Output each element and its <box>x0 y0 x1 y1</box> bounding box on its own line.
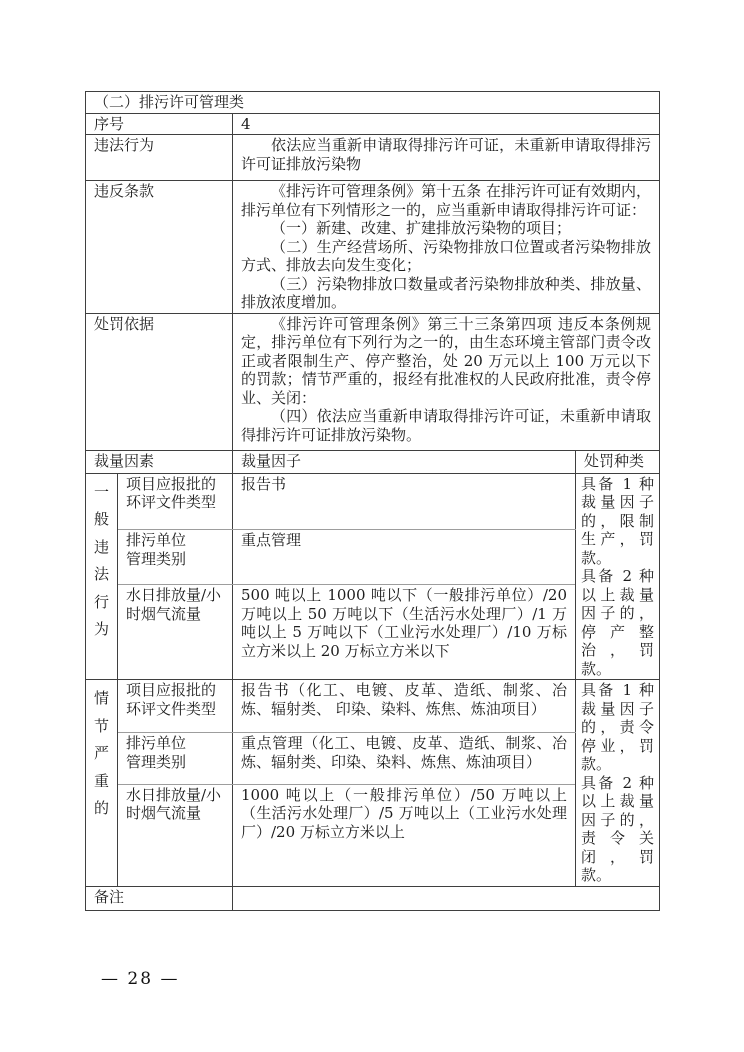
group1-row1-value: 报告书 <box>233 473 576 530</box>
group1-row1-text: 报告书 <box>241 475 567 494</box>
group1-category: 一般违法行为 <box>94 479 110 644</box>
group2-row1-value: 报告书（化工、电镀、皮革、造纸、制浆、冶炼、辐射类、 印染、染料、炼焦、炼油项目… <box>233 680 576 733</box>
header-factor: 裁量因素 <box>86 450 233 473</box>
basis-label: 处罚依据 <box>86 313 233 450</box>
document-page: （二）排污许可管理类 序号 4 违法行为 依法应当重新申请取得排污许可证，未重新… <box>0 0 744 1052</box>
group2-row2-value: 重点管理（化工、电镀、皮革、造纸、制浆、冶炼、辐射类、印染、染料、炼焦、炼油项目… <box>233 733 576 785</box>
group2-row2-text: 重点管理（化工、电镀、皮革、造纸、制浆、冶炼、辐射类、印染、染料、炼焦、炼油项目… <box>241 734 567 771</box>
clause-value: 《排污许可管理条例》第十五条 在排污许可证有效期内，排污单位有下列情形之一的，应… <box>233 181 660 314</box>
group1-row1-factor: 项目应报批的 环评文件类型 <box>118 473 233 530</box>
header-sub-factor: 裁量因子 <box>233 450 576 473</box>
clause-paragraph: （三）污染物排放口数量或者污染物排放种类、排放量、排放浓度增加。 <box>241 275 651 312</box>
violation-value: 依法应当重新申请取得排污许可证，未重新申请取得排污许可证排放污染物 <box>233 135 660 181</box>
remark-value <box>233 886 660 910</box>
group1-row2-text: 重点管理 <box>241 531 567 550</box>
page-number: — 28 — <box>101 969 179 989</box>
group2-penalty-2: 具备 2 种以上裁量因子的，责令关闭，罚款。 <box>581 774 654 885</box>
penalty-discretion-table: （二）排污许可管理类 序号 4 违法行为 依法应当重新申请取得排污许可证，未重新… <box>85 91 660 911</box>
group2-row3-value: 1000 吨以上（一般排污单位）/50 万吨以上（生活污水处理厂）/5 万吨以上… <box>233 784 576 886</box>
group2-row3-text: 1000 吨以上（一般排污单位）/50 万吨以上（生活污水处理厂）/5 万吨以上… <box>241 786 567 842</box>
group2-penalty-1: 具备 1 种裁量因子的，责令停业，罚款。 <box>581 681 654 774</box>
basis-value: 《排污许可管理条例》第三十三条第四项 违反本条例规定，排污单位有下列行为之一的，… <box>233 313 660 450</box>
group1-penalty-2: 具备 2 种以上裁量因子的，停产整治，罚款。 <box>581 567 654 678</box>
group1-row2-value: 重点管理 <box>233 530 576 585</box>
group2-category-cell: 情节严重的 <box>86 680 118 887</box>
serial-label: 序号 <box>86 113 233 135</box>
violation-text: 依法应当重新申请取得排污许可证，未重新申请取得排污许可证排放污染物 <box>241 136 651 173</box>
group1-penalty-1: 具备 1 种裁量因子的，限制生产，罚款。 <box>581 475 654 568</box>
group1-row3-text: 500 吨以上 1000 吨以下（一般排污单位）/20 万吨以上 50 万吨以下… <box>241 586 567 660</box>
group1-row2-factor: 排污单位 管理类别 <box>118 530 233 585</box>
group2-row3-factor: 水日排放量/小 时烟气流量 <box>118 784 233 886</box>
basis-paragraph: （四）依法应当重新申请取得排污许可证，未重新申请取得排污许可证排放污染物。 <box>241 407 651 444</box>
basis-paragraph: 《排污许可管理条例》第三十三条第四项 违反本条例规定，排污单位有下列行为之一的，… <box>241 315 651 408</box>
group1-category-cell: 一般违法行为 <box>86 473 118 680</box>
group2-row1-text: 报告书（化工、电镀、皮革、造纸、制浆、冶炼、辐射类、 印染、染料、炼焦、炼油项目… <box>241 681 567 718</box>
remark-label: 备注 <box>86 886 233 910</box>
clause-paragraph: （一）新建、改建、扩建排放污染物的项目； <box>241 219 651 238</box>
section-title: （二）排污许可管理类 <box>86 92 660 114</box>
serial-value: 4 <box>233 113 660 135</box>
violation-label: 违法行为 <box>86 135 233 181</box>
clause-paragraph: 《排污许可管理条例》第十五条 在排污许可证有效期内，排污单位有下列情形之一的，应… <box>241 182 651 219</box>
group1-row3-value: 500 吨以上 1000 吨以下（一般排污单位）/20 万吨以上 50 万吨以下… <box>233 585 576 680</box>
group2-category: 情节严重的 <box>94 685 110 823</box>
group1-penalty-cell: 具备 1 种裁量因子的，限制生产，罚款。 具备 2 种以上裁量因子的，停产整治，… <box>576 473 660 680</box>
group2-row2-factor: 排污单位 管理类别 <box>118 733 233 785</box>
header-penalty-type: 处罚种类 <box>576 450 660 473</box>
group2-penalty-cell: 具备 1 种裁量因子的，责令停业，罚款。 具备 2 种以上裁量因子的，责令关闭，… <box>576 680 660 887</box>
group1-row3-factor: 水日排放量/小 时烟气流量 <box>118 585 233 680</box>
clause-label: 违反条款 <box>86 181 233 314</box>
clause-paragraph: （二）生产经营场所、污染物排放口位置或者污染物排放方式、排放去向发生变化； <box>241 238 651 275</box>
group2-row1-factor: 项目应报批的 环评文件类型 <box>118 680 233 733</box>
